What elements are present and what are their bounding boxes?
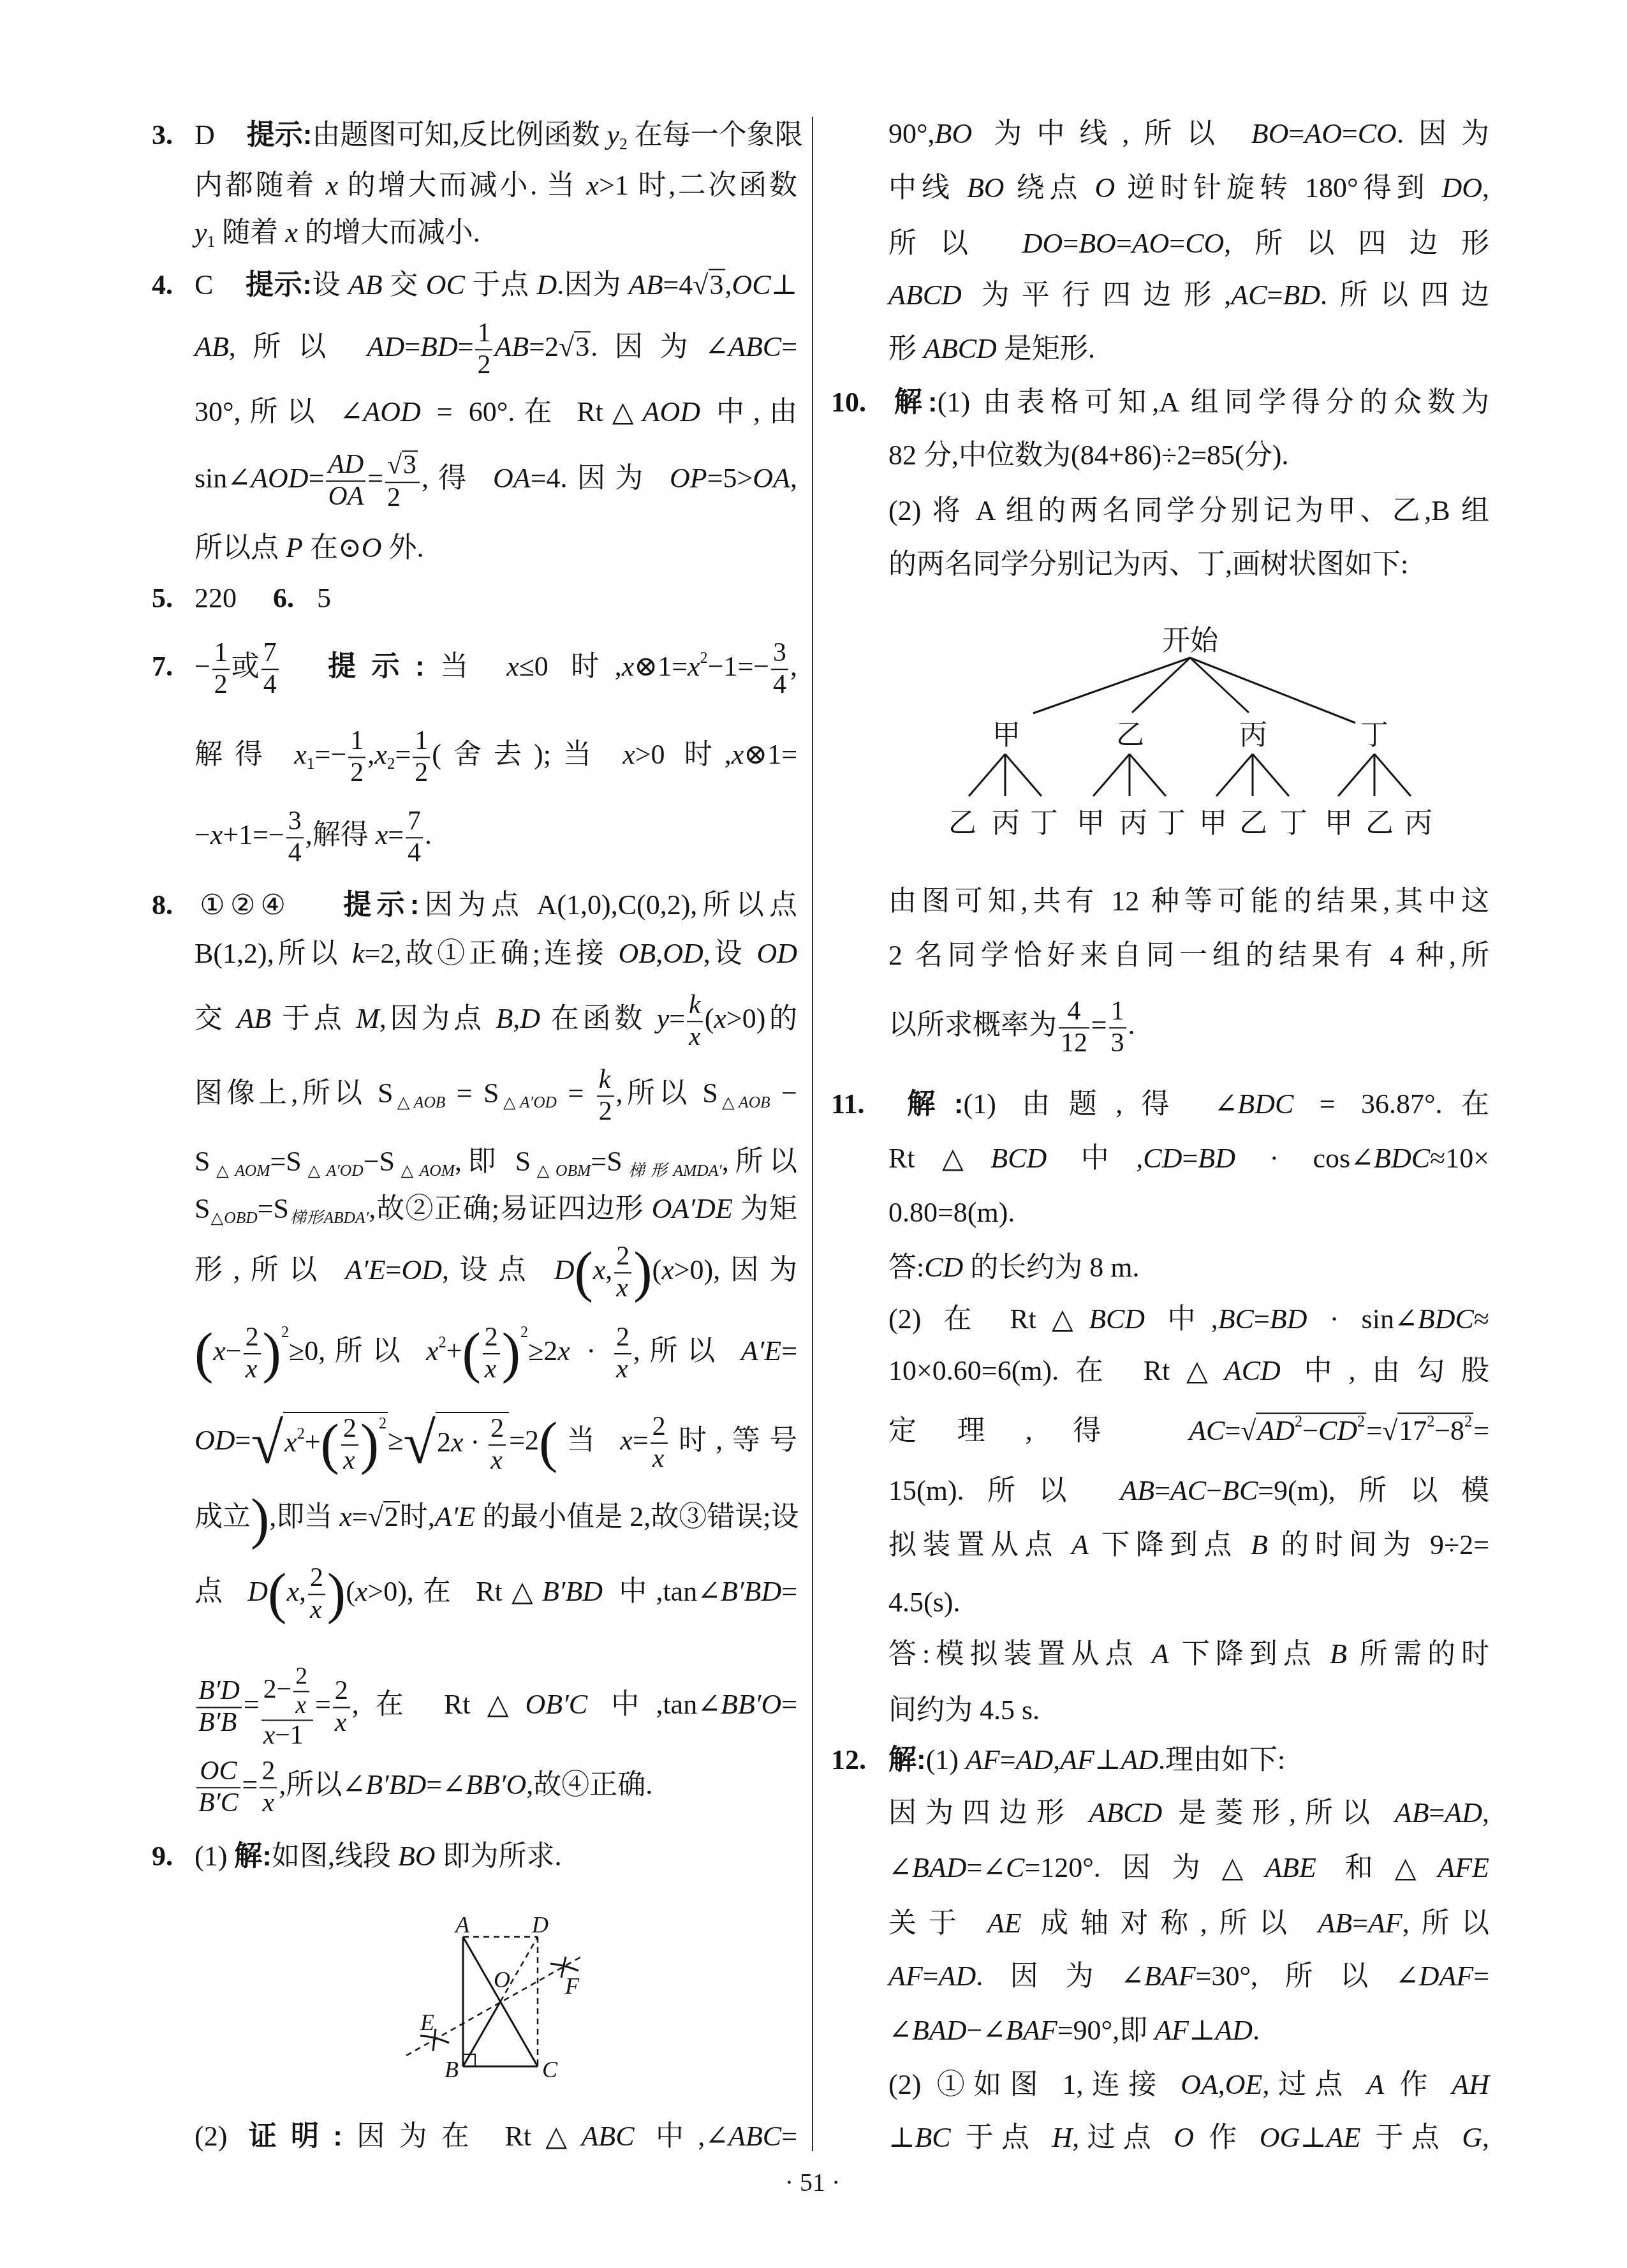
math-variable: B′BD xyxy=(365,1769,426,1800)
text: =9(m),所以模 xyxy=(1258,1475,1489,1506)
math-variable: ABC xyxy=(728,2121,781,2152)
text: , xyxy=(513,1003,520,1034)
q8-line-3: 交 AB 于点 M,因为点 B,D 在函数 y=kx(x>0)的 xyxy=(195,992,797,1051)
question-number: 8. xyxy=(152,887,195,923)
text: 90°, xyxy=(888,118,935,149)
math-variable: AF xyxy=(1060,1744,1094,1775)
math-variable: ABE xyxy=(1265,1852,1316,1883)
radicand: x2+(2x)2 xyxy=(283,1412,388,1474)
fraction: 412 xyxy=(1059,998,1089,1057)
math-variable: BC xyxy=(1218,1303,1254,1335)
math-variable: x xyxy=(263,1721,276,1751)
denominator: x xyxy=(333,1708,350,1737)
text: = xyxy=(781,2121,797,2152)
text: 于点 xyxy=(271,1003,356,1034)
text: .理由如下: xyxy=(1158,1744,1285,1775)
math-variable: O xyxy=(1174,2122,1194,2153)
text: ,故④正确. xyxy=(526,1769,652,1800)
text: = xyxy=(1000,1744,1016,1775)
text: ,所以四边形 xyxy=(1224,228,1489,259)
math-variable: A xyxy=(1367,2069,1384,2100)
math-variable: AO xyxy=(1304,118,1342,149)
text: = xyxy=(1352,1908,1368,1939)
fraction: ADOA xyxy=(326,452,365,510)
text: 以所求概率为 xyxy=(888,1009,1057,1041)
q11-line-2: Rt△BCD 中,CD=BD · cos∠BDC≈10× xyxy=(888,1141,1489,1176)
math-variable: AH xyxy=(1452,2069,1489,2100)
radicand: 3 xyxy=(574,331,591,362)
text: −8 xyxy=(1434,1415,1464,1446)
subscript: △A′OD xyxy=(302,1161,364,1180)
math-variable: AF xyxy=(1154,2015,1189,2046)
text: =− xyxy=(315,739,347,770)
math-variable: ABCD xyxy=(924,333,997,364)
part-label: (1) xyxy=(195,1841,234,1872)
tree-edge xyxy=(1374,754,1411,796)
numerator: 3 xyxy=(771,640,788,670)
text: 成轴对称,所以 xyxy=(1022,1908,1318,1939)
text: =2 xyxy=(529,331,559,362)
q7-line-2: 解得 x1=−12,x2=12(舍去);当 x>0 时,x⊗1= xyxy=(195,728,797,787)
text: 交 xyxy=(383,269,426,300)
superscript: 2 xyxy=(439,1334,446,1351)
text: 当 xyxy=(557,1425,620,1456)
fraction: kx xyxy=(687,992,703,1051)
denominator: 4 xyxy=(286,838,304,867)
math-variable: BO xyxy=(967,172,1005,204)
question-number: 9. xyxy=(152,1839,195,1874)
math-variable: x xyxy=(622,739,635,770)
math-variable: D xyxy=(247,1576,268,1607)
text: 中,∠ xyxy=(635,2121,728,2152)
text: 拟装置从点 xyxy=(888,1529,1071,1560)
text: (1) xyxy=(926,1744,966,1775)
q4-line-4: sin∠AOD=ADOA=√32,得 OA=4.因为 OP=5>OA, xyxy=(195,450,797,512)
text: ∠ xyxy=(888,1852,912,1883)
math-variable: B xyxy=(1251,1529,1268,1560)
math-variable: BO xyxy=(1079,228,1116,259)
q7-line-3: −x+1=−34,解得 x=74. xyxy=(195,808,797,867)
tree-diagram-q10: 开始 甲 乙 丙 丁 乙 丙 丁 甲 丙 丁 甲 乙 丁 甲 乙 丙 xyxy=(925,619,1467,842)
math-variable: A′E xyxy=(435,1501,475,1532)
text: 形 xyxy=(888,333,924,364)
q8-line-13: OCB′C=2x,所以∠B′BD=∠BB′O,故④正确. xyxy=(195,1758,797,1817)
tree-leaf: 丙 xyxy=(992,808,1020,839)
denominator: x xyxy=(489,1446,506,1474)
denominator: x xyxy=(341,1446,358,1474)
tree-leaf: 丁 xyxy=(1279,808,1307,839)
radicand: 2x · 2x xyxy=(436,1412,509,1474)
hint-label: 提示: xyxy=(247,119,313,151)
text: 答: xyxy=(888,1252,924,1283)
text: ⊥ xyxy=(888,2122,915,2153)
math-variable: x xyxy=(326,170,339,201)
subscript: △OBM xyxy=(531,1161,591,1180)
fraction: 12 xyxy=(348,728,365,787)
text: = xyxy=(1154,1475,1170,1506)
text: 82 分,中位数为(84+86)÷2=85(分). xyxy=(888,440,1288,471)
text: ,所以 xyxy=(722,1146,797,1177)
radicand: 2 xyxy=(383,1501,400,1532)
superscript: 2 xyxy=(1427,1413,1434,1430)
square-root: √3 xyxy=(387,450,418,480)
math-variable: AD xyxy=(1257,1415,1295,1446)
proof-label: 证明: xyxy=(249,2121,342,2152)
numerator: 4 xyxy=(1059,998,1089,1028)
text: = xyxy=(1342,118,1358,149)
subscript: △AOM xyxy=(210,1161,270,1180)
text: −S xyxy=(364,1146,395,1177)
subscript: △AOM xyxy=(395,1161,455,1180)
text: , xyxy=(725,269,732,300)
text: =5> xyxy=(707,463,753,494)
text: ⊗1= xyxy=(634,651,688,682)
text: ,得 xyxy=(422,463,493,494)
fraction: 2x xyxy=(333,1678,350,1737)
denominator: x−1 xyxy=(261,1721,313,1750)
math-variable: x xyxy=(732,739,744,770)
text: ( xyxy=(705,1003,714,1034)
math-variable: AOD xyxy=(363,396,420,427)
math-variable: x xyxy=(286,1576,299,1607)
math-variable: AE xyxy=(1327,2122,1361,2153)
text: ,设 xyxy=(703,938,757,969)
fraction: 13 xyxy=(1109,998,1126,1057)
math-variable: AF xyxy=(888,1960,923,1992)
subscript: △AOB xyxy=(393,1093,445,1111)
math-variable: M xyxy=(356,1003,379,1034)
math-variable: BD xyxy=(1270,1303,1307,1335)
radicand: AD2−CD2 xyxy=(1256,1412,1366,1446)
numerator: k xyxy=(597,1067,614,1097)
text: 点 xyxy=(195,1576,247,1607)
math-variable: AF xyxy=(966,1744,1000,1775)
text: , xyxy=(1482,2122,1489,2153)
text: ( xyxy=(652,1254,662,1286)
radicand: 3 xyxy=(709,269,725,300)
math-variable: A xyxy=(1152,1638,1169,1670)
answer: ①②④ xyxy=(195,889,291,921)
tree-leaf: 甲 xyxy=(1199,808,1227,839)
big-paren: ) xyxy=(633,1245,652,1301)
numerator: k xyxy=(687,992,703,1022)
denominator: x xyxy=(260,1788,277,1817)
tree-leaf: 乙 xyxy=(948,808,976,839)
text: 中,由 xyxy=(700,396,797,427)
hint-label: 提示: xyxy=(313,651,425,682)
text: = xyxy=(1169,228,1185,259)
text: 或 xyxy=(232,651,260,682)
text: =∠ xyxy=(426,1769,466,1800)
text: , xyxy=(367,739,374,770)
part-label: (2) xyxy=(195,2121,249,2152)
segment-bo xyxy=(463,2002,501,2067)
square-root: √2 xyxy=(368,1499,400,1534)
math-variable: x xyxy=(294,739,307,770)
text: 0.80=8(m). xyxy=(888,1197,1015,1228)
numerator: 2 xyxy=(293,1664,309,1692)
subscript: 梯形AMDA′ xyxy=(622,1161,722,1180)
text: 答:模拟装置从点 xyxy=(888,1638,1152,1670)
numerator: 2 xyxy=(614,1243,631,1273)
math-variable: x xyxy=(593,1254,606,1286)
q8-line-11: 点 D(x,2x)(x>0),在 Rt△B′BD 中,tan∠B′BD= xyxy=(195,1565,797,1624)
answer: C xyxy=(195,269,213,300)
q8-line-6: S△OBD=S梯形ABDA′,故②正确;易证四边形 OA′DE 为矩 xyxy=(195,1191,797,1228)
math-variable: AD xyxy=(1121,1744,1158,1775)
math-variable: OB′C xyxy=(526,1689,588,1720)
answer: 5 xyxy=(317,582,331,614)
q11-line-5: (2) 在 Rt△BCD 中,BC=BD · sin∠BDC≈ xyxy=(888,1301,1489,1337)
fraction: OCB′C xyxy=(196,1758,240,1817)
question-number: 7. xyxy=(152,649,195,684)
math-variable: OP xyxy=(670,463,707,494)
math-variable: BO xyxy=(935,118,973,149)
text: . xyxy=(1128,1009,1135,1041)
math-variable: DO xyxy=(1441,172,1482,204)
math-variable: OC xyxy=(426,269,465,300)
text: S xyxy=(195,1146,210,1177)
text: ⊥ xyxy=(771,269,797,300)
q9-cont-line-5: 形 ABCD 是矩形. xyxy=(888,331,1489,366)
text: 随着 xyxy=(215,217,285,248)
text: 4.5(s). xyxy=(888,1587,960,1618)
q9-cont-line-3: 所以 DO=BO=AO=CO,所以四边形 xyxy=(888,226,1489,261)
big-paren: ) xyxy=(360,1417,379,1473)
fraction: 12 xyxy=(475,320,492,379)
superscript: 2 xyxy=(1295,1413,1302,1430)
q8-line-12: B′DB′B=2−2xx−1=2x,在 Rt△OB′C 中,tan∠BB′O= xyxy=(195,1664,797,1749)
text: = xyxy=(1473,1960,1489,1992)
text: ,即当 xyxy=(269,1501,339,1532)
math-variable: AD xyxy=(939,1960,976,1992)
fraction: √32 xyxy=(385,450,420,512)
tree-edge xyxy=(1190,658,1355,723)
math-variable: D xyxy=(520,1003,540,1034)
question-number: 12. xyxy=(831,1742,888,1777)
math-variable: x xyxy=(661,1254,674,1286)
text: 中线 xyxy=(888,172,967,204)
math-variable: y xyxy=(607,119,619,151)
text: + xyxy=(446,1335,462,1367)
math-variable: AD xyxy=(1445,1797,1482,1828)
math-variable: BDC xyxy=(1374,1143,1430,1174)
tree-edge xyxy=(1338,754,1374,796)
text: 中,tan∠ xyxy=(603,1576,721,1607)
q9-line-2: (2) 证明:因为在 Rt△ABC 中,∠ABC= xyxy=(195,2119,797,2154)
math-variable: BCD xyxy=(990,1143,1047,1174)
q9-line-1: 9.(1) 解:如图,线段 BO 即为所求. xyxy=(152,1839,797,1874)
q11-line-7: 定理,得 AC=√AD2−CD2=√172−82= xyxy=(888,1412,1489,1448)
text: 为矩 xyxy=(733,1193,797,1224)
answer: 220 xyxy=(195,582,237,614)
text: =∠ xyxy=(966,1852,1006,1883)
text: · xyxy=(570,1335,612,1367)
q9-cont-line-4: ABCD 为平行四边形,AC=BD.所以四边 xyxy=(888,278,1489,313)
superscript: 2 xyxy=(281,1324,289,1341)
text: 的两名同学分别记为丙、丁,画树状图如下: xyxy=(888,549,1408,580)
tree-leaf: 乙 xyxy=(1239,808,1267,839)
math-variable: BDC xyxy=(1418,1303,1474,1335)
text: ,所以 S xyxy=(616,1078,718,1109)
numerator: 2 xyxy=(244,1324,261,1354)
math-variable: x xyxy=(339,1501,352,1532)
text: 中, xyxy=(1145,1303,1218,1335)
numerator: 1 xyxy=(212,640,230,670)
text: = xyxy=(1429,1797,1445,1828)
text: ≥ xyxy=(388,1425,403,1456)
tree-edge xyxy=(1033,658,1190,713)
math-variable: O xyxy=(1094,172,1115,204)
denominator: B′C xyxy=(196,1788,240,1817)
text: 2 xyxy=(437,1427,451,1458)
text: = xyxy=(388,819,404,850)
q3-line-1: 3.D提示:由题图可知,反比例函数 y2 在每一个象限 xyxy=(152,117,797,154)
text: 中,tan∠ xyxy=(587,1689,721,1720)
text: ⊗1= xyxy=(744,739,797,770)
numerator: 2 xyxy=(489,1416,506,1446)
fraction: B′DB′B xyxy=(196,1678,242,1737)
radical-sign: √ xyxy=(251,1414,283,1472)
q12-line-2: 因为四边形 ABCD 是菱形,所以 AB=AD, xyxy=(888,1795,1489,1830)
question-number: 11. xyxy=(831,1086,888,1122)
math-variable: B xyxy=(496,1003,513,1034)
text: >0),在 Rt△ xyxy=(367,1576,542,1607)
denominator: 2 xyxy=(348,758,365,787)
superscript: 2 xyxy=(700,649,708,667)
numerator: 1 xyxy=(413,728,430,758)
square-root: √3 xyxy=(693,267,725,302)
q11-line-11: 答:模拟装置从点 A 下降到点 B 所需的时 xyxy=(888,1636,1489,1671)
tree-leaf: 丁 xyxy=(1158,808,1186,839)
denominator: x xyxy=(293,1692,309,1718)
denominator: 2 xyxy=(597,1097,614,1125)
square-root: √3 xyxy=(559,329,591,364)
square-root: √2x · 2x xyxy=(403,1412,509,1474)
math-variable: H xyxy=(1052,2122,1073,2153)
text: =30°,所以∠ xyxy=(1196,1960,1419,1992)
text: = xyxy=(1225,1415,1240,1446)
q7-line-1: 7.−12或74提示:当 x≤0 时,x⊗1=x2−1=−34, xyxy=(152,640,797,699)
text: = xyxy=(309,463,325,494)
math-variable: AB xyxy=(195,331,229,362)
text: ,设点 xyxy=(442,1254,554,1286)
text: , xyxy=(790,651,797,682)
tree-edge xyxy=(969,754,1005,796)
subscript: △AOB xyxy=(718,1093,770,1111)
q4-line-3: 30°,所以 ∠AOD = 60°.在 Rt△AOD 中,由 xyxy=(195,394,797,429)
text: 逆时针旋转 180°得到 xyxy=(1115,172,1441,204)
math-variable: BO xyxy=(398,1841,436,1872)
tree-edge xyxy=(1216,754,1253,796)
text: = xyxy=(235,1425,251,1456)
text: − xyxy=(195,651,210,682)
text: · xyxy=(464,1427,487,1458)
text: ⊥ xyxy=(1094,1744,1121,1775)
text: = xyxy=(404,331,420,362)
text: = xyxy=(352,1501,368,1532)
math-variable: BAD xyxy=(912,1852,967,1883)
q8-line-2: B(1,2),所以 k=2,故①正确;连接 OB,OD,设 OD xyxy=(195,936,797,971)
math-variable: x xyxy=(426,1335,439,1367)
math-variable: x xyxy=(688,651,700,682)
math-variable: AB xyxy=(1120,1475,1154,1506)
math-variable: x xyxy=(620,1425,633,1456)
tree-edge xyxy=(1093,754,1130,796)
tree-leaf: 丙 xyxy=(1404,808,1432,839)
text: , xyxy=(605,1254,612,1286)
fraction: 2x xyxy=(651,1414,668,1472)
text: 2− xyxy=(263,1675,291,1704)
tree-node-level1: 乙 xyxy=(1116,720,1144,751)
math-variable: BCD xyxy=(1089,1303,1145,1335)
math-variable: x xyxy=(374,739,387,770)
text: 所以点 xyxy=(195,532,286,563)
math-variable: CD xyxy=(1143,1143,1182,1174)
text: 绕点 xyxy=(1005,172,1095,204)
solution-label: 解: xyxy=(888,387,938,418)
text: 下降到点 xyxy=(1089,1529,1251,1560)
question-number: 3. xyxy=(152,117,195,152)
text: ( xyxy=(346,1576,355,1607)
big-paren: ( xyxy=(462,1326,481,1382)
math-variable: BAD xyxy=(912,2015,967,2046)
tree-node-level1: 丁 xyxy=(1360,720,1388,751)
tree-leaf: 丙 xyxy=(1119,808,1147,839)
text: 在⊙ xyxy=(303,532,362,563)
math-variable: AD xyxy=(367,331,405,362)
q11-line-1: 11.解:(1) 由题,得 ∠BDC = 36.87°.在 xyxy=(831,1086,1489,1122)
text: 是矩形. xyxy=(997,333,1095,364)
numerator: OC xyxy=(196,1758,240,1788)
math-variable: ABCD xyxy=(1089,1797,1163,1828)
text: 是菱形,所以 xyxy=(1162,1797,1394,1828)
text: = xyxy=(242,1769,258,1800)
text: 所以 xyxy=(888,228,1022,259)
math-variable: BDC xyxy=(1237,1088,1293,1120)
denominator: 4 xyxy=(406,838,423,867)
math-variable: BD xyxy=(1198,1143,1235,1174)
denominator: x xyxy=(614,1354,631,1383)
fraction: 2x xyxy=(341,1416,358,1474)
fraction: 2x xyxy=(293,1664,309,1717)
text: 所需的时 xyxy=(1347,1638,1489,1670)
text: ,即 S xyxy=(455,1146,531,1177)
q11-line-9: 拟装置从点 A 下降到点 B 的时间为 9÷2= xyxy=(888,1527,1489,1562)
text: −1=− xyxy=(708,651,769,682)
math-variable: AC xyxy=(1231,279,1267,311)
label-e: E xyxy=(420,2010,434,2035)
math-variable: x xyxy=(213,1335,226,1367)
text: 因为点 A(1,0),C(0,2),所以点 xyxy=(419,889,797,921)
subscript: △A′OD xyxy=(499,1093,557,1111)
text: = xyxy=(1366,1415,1382,1446)
q11-line-12: 间约为 4.5 s. xyxy=(888,1693,1489,1728)
text: =120°.因为△ xyxy=(1024,1852,1265,1883)
math-variable: BAF xyxy=(1006,2015,1057,2046)
math-variable: x xyxy=(557,1335,570,1367)
fraction: k2 xyxy=(597,1067,614,1125)
text: 内都随着 xyxy=(195,170,326,201)
math-variable: CO xyxy=(1185,228,1224,259)
text: 下降到点 xyxy=(1169,1638,1330,1670)
text: = 60°.在 Rt△ xyxy=(421,396,643,427)
tree-leaf: 甲 xyxy=(1325,808,1353,839)
text: ,所以 xyxy=(1402,1908,1489,1939)
math-variable: OD xyxy=(195,1425,235,1456)
superscript: 2 xyxy=(520,1324,528,1341)
denominator: B′B xyxy=(196,1708,242,1737)
